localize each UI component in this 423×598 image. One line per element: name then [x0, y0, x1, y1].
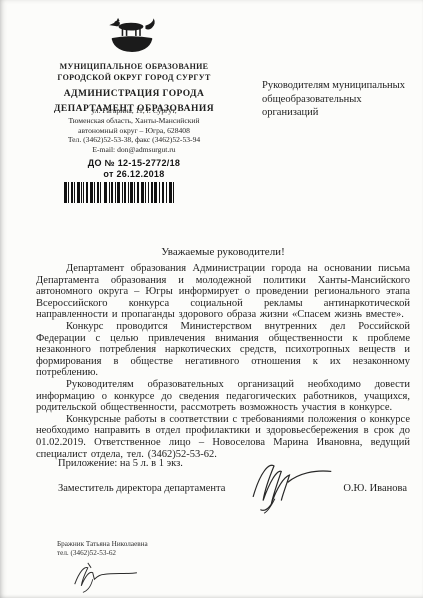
recipient-line: общеобразовательных [262, 93, 414, 107]
executor-signature-scribble [68, 558, 142, 594]
address-line: E-mail: don@admsurgut.ru [22, 145, 246, 155]
address-line: автономный округ – Югра, 628408 [22, 126, 246, 136]
salutation: Уважаемые руководители! [36, 246, 410, 258]
executor-block: Бражник Татьяна Николаевна тел. (3462)52… [57, 540, 148, 558]
letter-body: Департамент образования Администрации го… [36, 263, 410, 460]
signatory-position: Заместитель директора департамента [58, 483, 225, 494]
signatory-name: О.Ю. Иванова [343, 483, 407, 494]
registration-number: ДО № 12-15-2772/18 [40, 158, 228, 169]
attachment-note: Приложение: на 5 л. в 1 экз. [58, 458, 183, 469]
body-paragraph: Руководителям образовательных организаци… [36, 379, 410, 414]
address-line: ул. Гагарина, 11, г. Сургут, [22, 106, 246, 116]
administration-title: АДМИНИСТРАЦИЯ ГОРОДА [30, 89, 238, 99]
org-name-line: ГОРОДСКОЙ ОКРУГ ГОРОД СУРГУТ [30, 73, 238, 84]
scanned-letter-page: МУНИЦИПАЛЬНОЕ ОБРАЗОВАНИЕ ГОРОДСКОЙ ОКРУ… [0, 0, 423, 598]
recipient-line: организаций [262, 106, 414, 120]
address-line: Тел. (3462)52-53-38, факс (3462)52-53-94 [22, 135, 246, 145]
executor-name: Бражник Татьяна Николаевна [57, 540, 148, 549]
address-line: Тюменская область, Ханты-Мансийский [22, 116, 246, 126]
recipient-line: Руководителям муниципальных [262, 79, 414, 93]
signature-scribble [244, 458, 344, 514]
org-name-line: МУНИЦИПАЛЬНОЕ ОБРАЗОВАНИЕ [30, 62, 238, 73]
body-paragraph: Конкурсные работы в соответствии с требо… [36, 414, 410, 460]
barcode [64, 182, 176, 203]
recipient-block: Руководителям муниципальных общеобразова… [262, 79, 414, 120]
executor-phone: тел. (3462)52-53-62 [57, 549, 148, 558]
letterhead-address-block: ул. Гагарина, 11, г. Сургут, Тюменская о… [22, 106, 246, 155]
surgut-fox-coat-of-arms-icon [101, 14, 163, 62]
body-paragraph: Департамент образования Администрации го… [36, 263, 410, 321]
registration-stamp: ДО № 12-15-2772/18 от 26.12.2018 [40, 158, 228, 180]
registration-date: от 26.12.2018 [40, 169, 228, 180]
body-paragraph: Конкурс проводится Министерством внутрен… [36, 321, 410, 379]
